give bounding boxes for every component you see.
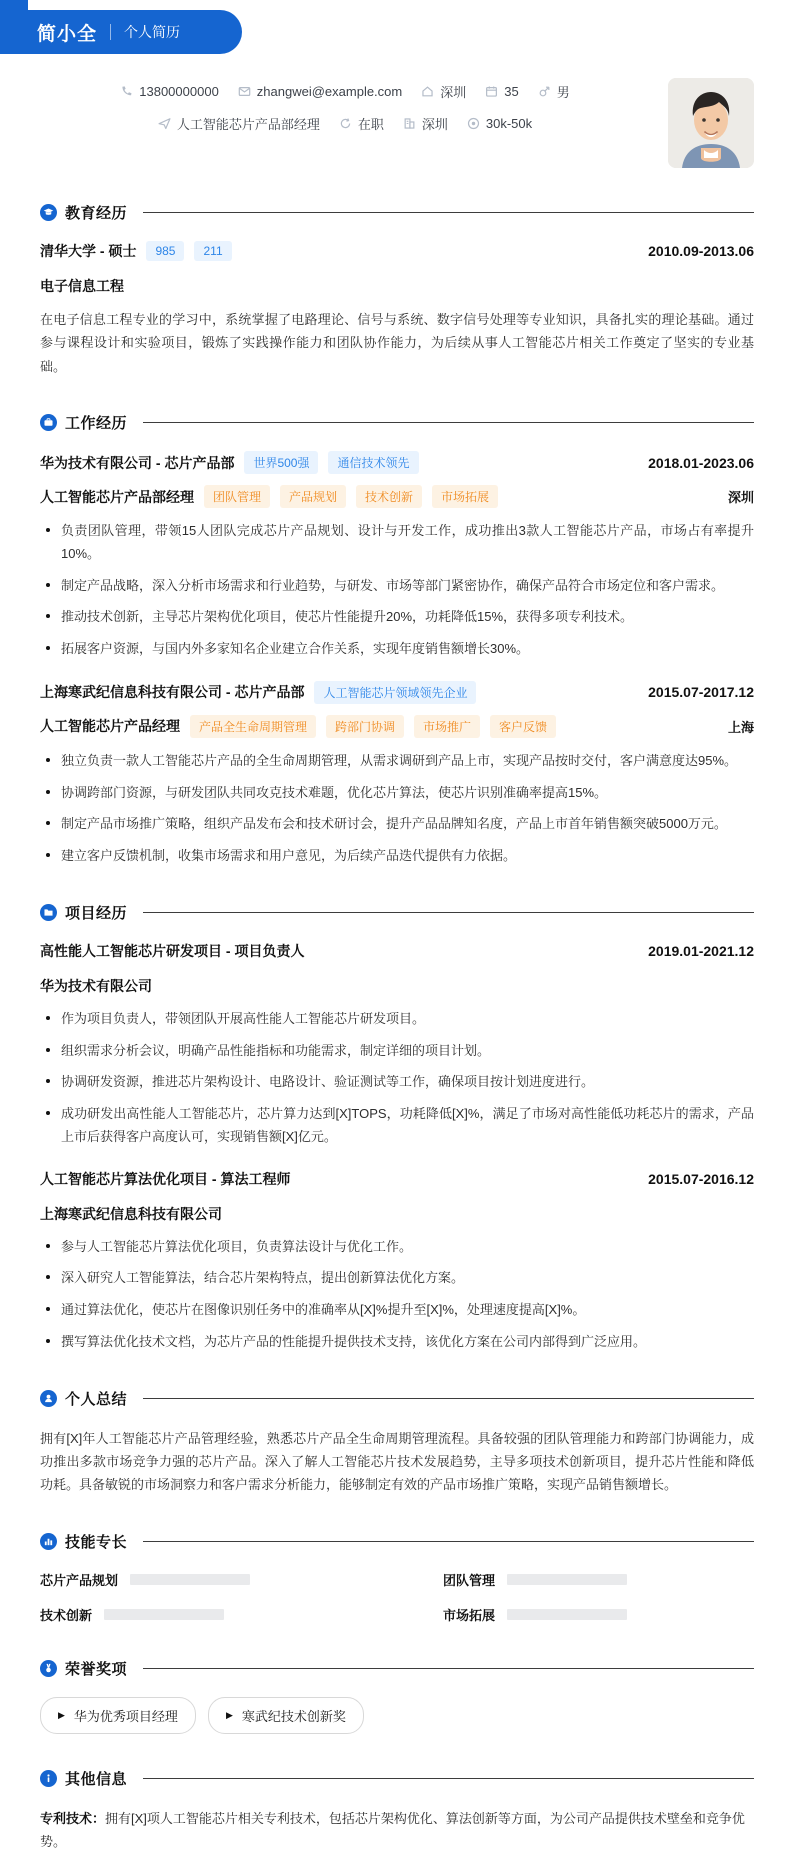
status-item: 在职 bbox=[339, 114, 384, 133]
role-tag: 技术创新 bbox=[356, 485, 422, 508]
other-info-label: 专利技术： bbox=[40, 1811, 105, 1826]
job-entry-header: 华为技术有限公司 - 芯片产品部 世界500强 通信技术领先 2018.01-2… bbox=[40, 451, 754, 474]
section-divider bbox=[143, 422, 754, 423]
home-icon bbox=[421, 85, 434, 98]
section-projects: 项目经历 bbox=[40, 902, 754, 923]
role-tag: 产品全生命周期管理 bbox=[190, 715, 316, 738]
bullet-text: 推动技术创新，主导芯片架构优化项目，使芯片性能提升20%，功耗降低15%，获得多… bbox=[61, 606, 633, 629]
role-tag: 市场推广 bbox=[414, 715, 480, 738]
honor-list: ▶ 华为优秀项目经理 ▶ 寒武纪技术创新奖 bbox=[40, 1697, 754, 1734]
honor-pill[interactable]: ▶ 寒武纪技术创新奖 bbox=[208, 1697, 364, 1734]
profile-photo bbox=[668, 78, 754, 168]
section-divider bbox=[143, 912, 754, 913]
job-intention-item: 人工智能芯片产品部经理 bbox=[158, 114, 320, 133]
medal-icon bbox=[40, 1660, 57, 1677]
job-intention-icon bbox=[158, 117, 171, 130]
project-date: 2015.07-2016.12 bbox=[648, 1171, 754, 1187]
email-icon bbox=[238, 85, 251, 98]
project-date: 2019.01-2021.12 bbox=[648, 943, 754, 959]
project-name: 人工智能芯片算法优化项目 - 算法工程师 bbox=[40, 1169, 290, 1189]
bullet-dot bbox=[46, 583, 50, 587]
bullet-dot bbox=[46, 821, 50, 825]
phone-item: 13800000000 bbox=[120, 84, 219, 99]
school-name: 清华大学 - 硕士 bbox=[40, 241, 136, 261]
skill-bar bbox=[104, 1609, 224, 1620]
project-bullets: 作为项目负责人，带领团队开展高性能人工智能芯片研发项目。 组织需求分析会议，明确… bbox=[40, 1008, 754, 1149]
bullet-dot bbox=[46, 646, 50, 650]
bullet-dot bbox=[46, 853, 50, 857]
other-info-text: 拥有[X]项人工智能芯片相关专利技术，包括芯片架构优化、算法创新等方面，为公司产… bbox=[40, 1811, 745, 1849]
info-icon bbox=[40, 1770, 57, 1787]
education-description: 在电子信息工程专业的学习中，系统掌握了电路理论、信号与系统、数字信号处理等专业知… bbox=[40, 308, 754, 378]
phone-value: 13800000000 bbox=[139, 84, 219, 99]
contact-row-1: 13800000000 zhangwei@example.com 深圳 35 男 bbox=[40, 82, 650, 101]
bullet-dot bbox=[46, 1048, 50, 1052]
bullet-dot bbox=[46, 1111, 50, 1115]
hometown-value: 深圳 bbox=[440, 82, 466, 101]
skill-label: 技术创新 bbox=[40, 1605, 92, 1624]
role-tag: 客户反馈 bbox=[490, 715, 556, 738]
company-tag: 人工智能芯片领域领先企业 bbox=[314, 681, 476, 704]
bullet-item: 参与人工智能芯片算法优化项目，负责算法设计与优化工作。 bbox=[40, 1236, 754, 1259]
contact-info: 13800000000 zhangwei@example.com 深圳 35 男 bbox=[40, 78, 650, 168]
section-divider bbox=[143, 1778, 754, 1779]
skill-label: 芯片产品规划 bbox=[40, 1570, 118, 1589]
role-tag: 产品规划 bbox=[280, 485, 346, 508]
job-role-row: 人工智能芯片产品部经理 团队管理 产品规划 技术创新 市场拓展 深圳 bbox=[40, 485, 754, 508]
email-value: zhangwei@example.com bbox=[257, 84, 402, 99]
education-date: 2010.09-2013.06 bbox=[648, 243, 754, 259]
phone-icon bbox=[120, 85, 133, 98]
bullet-dot bbox=[46, 1307, 50, 1311]
bullet-text: 拓展客户资源，与国内外多家知名企业建立合作关系，实现年度销售额增长30%。 bbox=[61, 638, 529, 661]
bullet-text: 成功研发出高性能人工智能芯片，芯片算力达到[X]TOPS，功耗降低[X]%，满足… bbox=[61, 1103, 754, 1149]
brand-divider bbox=[110, 24, 111, 40]
bullet-item: 建立客户反馈机制，收集市场需求和用户意见，为后续产品迭代提供有力依据。 bbox=[40, 845, 754, 868]
bullet-item: 协调跨部门资源，与研发团队共同攻克技术难题，优化芯片算法，使芯片识别准确率提高1… bbox=[40, 782, 754, 805]
other-info-line: 专利技术：拥有[X]项人工智能芯片相关专利技术，包括芯片架构优化、算法创新等方面… bbox=[40, 1807, 754, 1854]
play-marker-icon: ▶ bbox=[58, 1711, 65, 1720]
section-other: 其他信息 bbox=[40, 1768, 754, 1789]
skills-grid: 芯片产品规划 团队管理 技术创新 市场拓展 bbox=[40, 1570, 754, 1624]
section-title: 工作经历 bbox=[65, 412, 127, 433]
bullet-item: 拓展客户资源，与国内外多家知名企业建立合作关系，实现年度销售额增长30%。 bbox=[40, 638, 754, 661]
skill-item: 市场拓展 bbox=[443, 1605, 754, 1624]
bar-chart-icon bbox=[40, 1533, 57, 1550]
job-entry-header: 上海寒武纪信息科技有限公司 - 芯片产品部 人工智能芯片领域领先企业 2015.… bbox=[40, 681, 754, 704]
project-org: 上海寒武纪信息科技有限公司 bbox=[40, 1204, 754, 1224]
section-skills: 技能专长 bbox=[40, 1531, 754, 1552]
folder-icon bbox=[40, 904, 57, 921]
salary-value: 30k-50k bbox=[486, 116, 532, 131]
briefcase-icon bbox=[40, 414, 57, 431]
bullet-dot bbox=[46, 528, 50, 532]
bullet-item: 撰写算法优化技术文档，为芯片产品的性能提升提供技术支持，该优化方案在公司内部得到… bbox=[40, 1331, 754, 1354]
gender-item: 男 bbox=[538, 82, 570, 101]
bullet-dot bbox=[46, 1244, 50, 1248]
section-title: 其他信息 bbox=[65, 1768, 127, 1789]
section-divider bbox=[143, 1398, 754, 1399]
gender-icon bbox=[538, 85, 551, 98]
bullet-item: 制定产品市场推广策略，组织产品发布会和技术研讨会，提升产品品牌知名度，产品上市首… bbox=[40, 813, 754, 836]
role-tag: 团队管理 bbox=[204, 485, 270, 508]
brand-name: 简小全 bbox=[37, 19, 97, 46]
education-entry-header: 清华大学 - 硕士 985 211 2010.09-2013.06 bbox=[40, 241, 754, 261]
job-location: 上海 bbox=[728, 717, 754, 736]
salary-icon bbox=[467, 117, 480, 130]
bullet-dot bbox=[46, 614, 50, 618]
education-icon bbox=[40, 204, 57, 221]
bullet-dot bbox=[46, 1275, 50, 1279]
job-bullets: 独立负责一款人工智能芯片产品的全生命周期管理，从需求调研到产品上市，实现产品按时… bbox=[40, 750, 754, 868]
section-divider bbox=[143, 1668, 754, 1669]
project-entry-header: 人工智能芯片算法优化项目 - 算法工程师 2015.07-2016.12 bbox=[40, 1169, 754, 1189]
city-value: 深圳 bbox=[422, 114, 448, 133]
email-item: zhangwei@example.com bbox=[238, 84, 402, 99]
brand-header: 简小全 个人简历 bbox=[0, 10, 242, 54]
salary-item: 30k-50k bbox=[467, 116, 532, 131]
skill-label: 市场拓展 bbox=[443, 1605, 495, 1624]
play-marker-icon: ▶ bbox=[226, 1711, 233, 1720]
bullet-text: 组织需求分析会议，明确产品性能指标和功能需求，制定详细的项目计划。 bbox=[61, 1040, 490, 1063]
skill-bar bbox=[507, 1609, 627, 1620]
role-tag: 市场拓展 bbox=[432, 485, 498, 508]
section-education: 教育经历 bbox=[40, 202, 754, 223]
bullet-item: 制定产品战略，深入分析市场需求和行业趋势，与研发、市场等部门紧密协作，确保产品符… bbox=[40, 575, 754, 598]
skill-item: 团队管理 bbox=[443, 1570, 754, 1589]
bullet-item: 作为项目负责人，带领团队开展高性能人工智能芯片研发项目。 bbox=[40, 1008, 754, 1031]
age-value: 35 bbox=[504, 84, 518, 99]
job-date: 2015.07-2017.12 bbox=[648, 684, 754, 700]
company-tag: 世界500强 bbox=[244, 451, 318, 474]
honor-label: 华为优秀项目经理 bbox=[74, 1706, 178, 1725]
project-bullets: 参与人工智能芯片算法优化项目，负责算法设计与优化工作。 深入研究人工智能算法，结… bbox=[40, 1236, 754, 1354]
gender-value: 男 bbox=[557, 82, 570, 101]
age-icon bbox=[485, 85, 498, 98]
skill-item: 芯片产品规划 bbox=[40, 1570, 351, 1589]
project-name: 高性能人工智能芯片研发项目 - 项目负责人 bbox=[40, 941, 304, 961]
bullet-item: 成功研发出高性能人工智能芯片，芯片算力达到[X]TOPS，功耗降低[X]%，满足… bbox=[40, 1103, 754, 1149]
bullet-dot bbox=[46, 1079, 50, 1083]
role-title: 人工智能芯片产品部经理 bbox=[40, 487, 194, 507]
company-name: 华为技术有限公司 - 芯片产品部 bbox=[40, 453, 234, 473]
major-name: 电子信息工程 bbox=[40, 276, 754, 296]
section-honors: 荣誉奖项 bbox=[40, 1658, 754, 1679]
section-title: 项目经历 bbox=[65, 902, 127, 923]
bullet-text: 制定产品市场推广策略，组织产品发布会和技术研讨会，提升产品品牌知名度，产品上市首… bbox=[61, 813, 727, 836]
bullet-item: 通过算法优化，使芯片在图像识别任务中的准确率从[X]%提升至[X]%，处理速度提… bbox=[40, 1299, 754, 1322]
section-summary: 个人总结 bbox=[40, 1388, 754, 1409]
status-value: 在职 bbox=[358, 114, 384, 133]
honor-label: 寒武纪技术创新奖 bbox=[242, 1706, 346, 1725]
school-tag: 985 bbox=[146, 241, 184, 261]
city-icon bbox=[403, 117, 416, 130]
bullet-text: 独立负责一款人工智能芯片产品的全生命周期管理，从需求调研到产品上市，实现产品按时… bbox=[61, 750, 737, 773]
bullet-text: 深入研究人工智能算法，结合芯片架构特点，提出创新算法优化方案。 bbox=[61, 1267, 464, 1290]
person-icon bbox=[40, 1390, 57, 1407]
bullet-dot bbox=[46, 1339, 50, 1343]
page-title: 个人简历 bbox=[124, 22, 180, 42]
age-item: 35 bbox=[485, 84, 518, 99]
job-role-row: 人工智能芯片产品经理 产品全生命周期管理 跨部门协调 市场推广 客户反馈 上海 bbox=[40, 715, 754, 738]
bullet-item: 协调研发资源，推进芯片架构设计、电路设计、验证测试等工作，确保项目按计划进度进行… bbox=[40, 1071, 754, 1094]
bullet-text: 作为项目负责人，带领团队开展高性能人工智能芯片研发项目。 bbox=[61, 1008, 425, 1031]
bullet-text: 建立客户反馈机制，收集市场需求和用户意见，为后续产品迭代提供有力依据。 bbox=[61, 845, 516, 868]
bullet-text: 通过算法优化，使芯片在图像识别任务中的准确率从[X]%提升至[X]%，处理速度提… bbox=[61, 1299, 585, 1322]
bullet-text: 协调研发资源，推进芯片架构设计、电路设计、验证测试等工作，确保项目按计划进度进行… bbox=[61, 1071, 594, 1094]
contact-row-2: 人工智能芯片产品部经理 在职 深圳 30k-50k bbox=[40, 114, 650, 133]
role-tag: 跨部门协调 bbox=[326, 715, 404, 738]
project-org: 华为技术有限公司 bbox=[40, 976, 754, 996]
section-title: 教育经历 bbox=[65, 202, 127, 223]
job-bullets: 负责团队管理，带领15人团队完成芯片产品规划、设计与开发工作，成功推出3款人工智… bbox=[40, 520, 754, 661]
section-title: 技能专长 bbox=[65, 1531, 127, 1552]
company-tag: 通信技术领先 bbox=[328, 451, 418, 474]
bullet-text: 负责团队管理，带领15人团队完成芯片产品规划、设计与开发工作，成功推出3款人工智… bbox=[61, 520, 754, 566]
summary-text: 拥有[X]年人工智能芯片产品管理经验，熟悉芯片产品全生命周期管理流程。具备较强的… bbox=[40, 1427, 754, 1497]
section-divider bbox=[143, 212, 754, 213]
job-intention-value: 人工智能芯片产品部经理 bbox=[177, 114, 320, 133]
project-entry-header: 高性能人工智能芯片研发项目 - 项目负责人 2019.01-2021.12 bbox=[40, 941, 754, 961]
bullet-item: 深入研究人工智能算法，结合芯片架构特点，提出创新算法优化方案。 bbox=[40, 1267, 754, 1290]
bullet-dot bbox=[46, 1016, 50, 1020]
role-title: 人工智能芯片产品经理 bbox=[40, 716, 180, 736]
hometown-item: 深圳 bbox=[421, 82, 466, 101]
job-location: 深圳 bbox=[728, 487, 754, 506]
section-title: 荣誉奖项 bbox=[65, 1658, 127, 1679]
bullet-item: 组织需求分析会议，明确产品性能指标和功能需求，制定详细的项目计划。 bbox=[40, 1040, 754, 1063]
school-tag: 211 bbox=[194, 241, 231, 261]
section-work: 工作经历 bbox=[40, 412, 754, 433]
bullet-dot bbox=[46, 758, 50, 762]
skill-label: 团队管理 bbox=[443, 1570, 495, 1589]
skill-bar bbox=[507, 1574, 627, 1585]
bullet-text: 参与人工智能芯片算法优化项目，负责算法设计与优化工作。 bbox=[61, 1236, 412, 1259]
bullet-dot bbox=[46, 790, 50, 794]
bullet-text: 协调跨部门资源，与研发团队共同攻克技术难题，优化芯片算法，使芯片识别准确率提高1… bbox=[61, 782, 607, 805]
bullet-text: 制定产品战略，深入分析市场需求和行业趋势，与研发、市场等部门紧密协作，确保产品符… bbox=[61, 575, 724, 598]
skill-item: 技术创新 bbox=[40, 1605, 351, 1624]
skill-bar bbox=[130, 1574, 250, 1585]
section-title: 个人总结 bbox=[65, 1388, 127, 1409]
status-icon bbox=[339, 117, 352, 130]
company-name: 上海寒武纪信息科技有限公司 - 芯片产品部 bbox=[40, 682, 304, 702]
section-divider bbox=[143, 1541, 754, 1542]
job-date: 2018.01-2023.06 bbox=[648, 455, 754, 471]
bullet-text: 撰写算法优化技术文档，为芯片产品的性能提升提供技术支持，该优化方案在公司内部得到… bbox=[61, 1331, 646, 1354]
bullet-item: 负责团队管理，带领15人团队完成芯片产品规划、设计与开发工作，成功推出3款人工智… bbox=[40, 520, 754, 566]
bullet-item: 独立负责一款人工智能芯片产品的全生命周期管理，从需求调研到产品上市，实现产品按时… bbox=[40, 750, 754, 773]
bullet-item: 推动技术创新，主导芯片架构优化项目，使芯片性能提升20%，功耗降低15%，获得多… bbox=[40, 606, 754, 629]
honor-pill[interactable]: ▶ 华为优秀项目经理 bbox=[40, 1697, 196, 1734]
city-item: 深圳 bbox=[403, 114, 448, 133]
